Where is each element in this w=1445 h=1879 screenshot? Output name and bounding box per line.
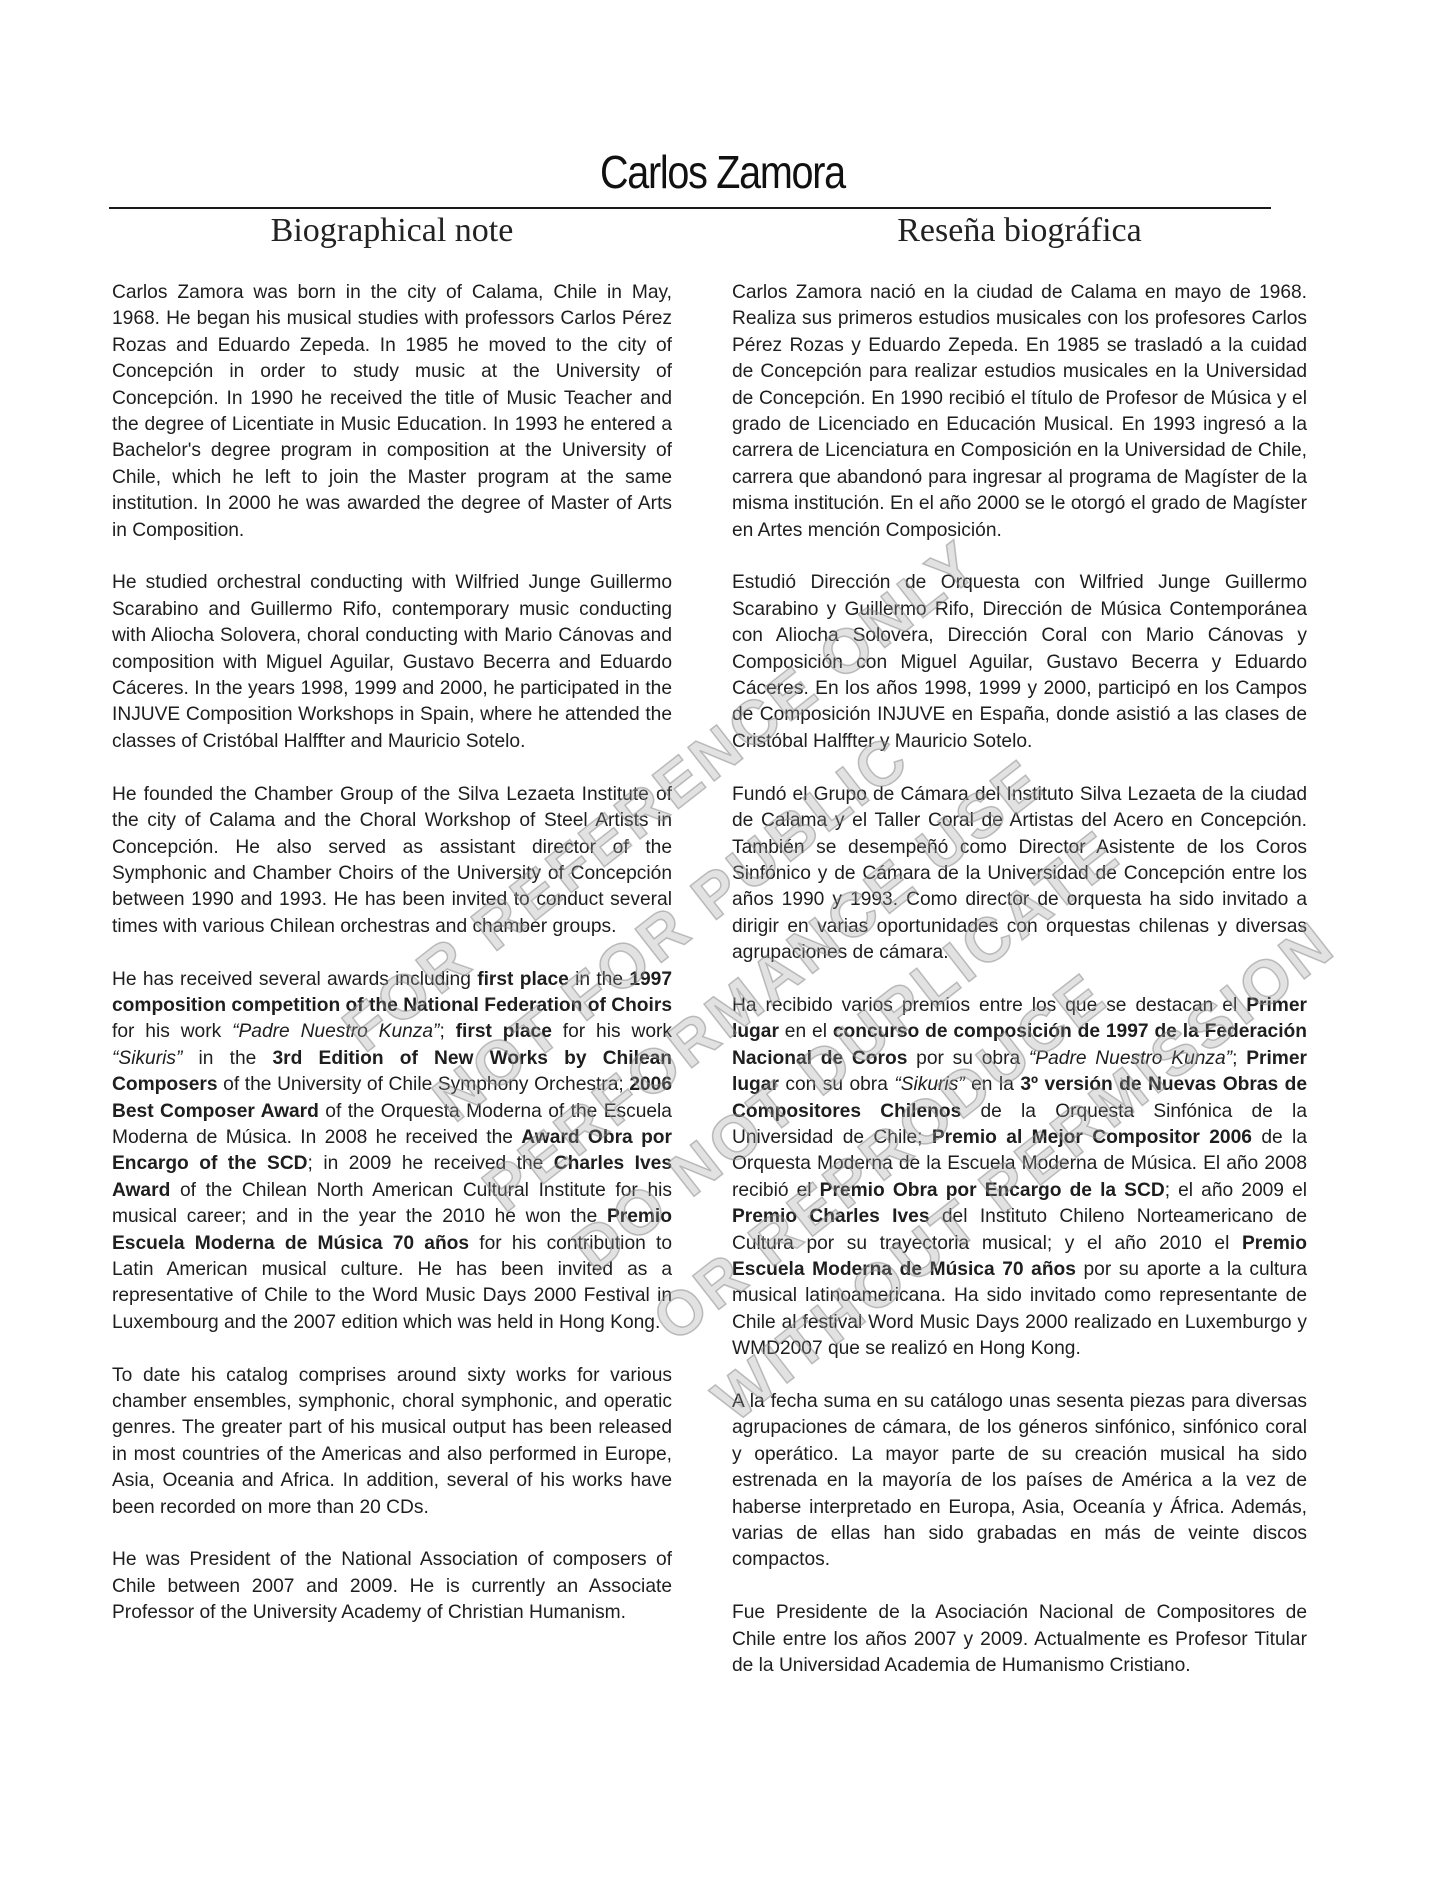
spanish-heading: Reseña biográfica <box>732 212 1307 250</box>
paragraph: A la fecha suma en su catálogo unas sese… <box>732 1389 1307 1574</box>
text-run: He studied orchestral conducting with Wi… <box>112 572 672 751</box>
italic-text: “Padre Nuestro Kunza” <box>1029 1048 1232 1069</box>
bold-text: Premio Charles Ives <box>732 1206 930 1227</box>
page-title: Carlos Zamora <box>101 145 1344 199</box>
text-run: por su obra <box>907 1048 1029 1069</box>
text-run: in the <box>569 969 630 990</box>
text-run: A la fecha suma en su catálogo unas sese… <box>732 1391 1307 1570</box>
paragraph: To date his catalog comprises around six… <box>112 1363 672 1521</box>
paragraph: Fue Presidente de la Asociación Nacional… <box>732 1600 1307 1679</box>
spanish-column: Carlos Zamora nació en la ciudad de Cala… <box>732 280 1307 1706</box>
text-run: for his work <box>552 1021 672 1042</box>
text-run: en la <box>965 1074 1021 1095</box>
text-run: Carlos Zamora nació en la ciudad de Cala… <box>732 282 1307 541</box>
italic-text: “Sikuris” <box>894 1074 964 1095</box>
text-run: en el <box>779 1021 833 1042</box>
text-run: He was President of the National Associa… <box>112 1549 672 1623</box>
paragraph: He has received several awards including… <box>112 967 672 1337</box>
text-run: Carlos Zamora was born in the city of Ca… <box>112 282 672 541</box>
bold-text: first place <box>456 1021 552 1042</box>
italic-text: “Sikuris” <box>112 1048 182 1069</box>
text-run: in the <box>182 1048 272 1069</box>
text-run: ; <box>1232 1048 1246 1069</box>
text-run: con su obra <box>779 1074 894 1095</box>
text-run: Fue Presidente de la Asociación Nacional… <box>732 1602 1307 1676</box>
paragraph: He studied orchestral conducting with Wi… <box>112 570 672 755</box>
text-run: He has received several awards including <box>112 969 477 990</box>
text-run: He founded the Chamber Group of the Silv… <box>112 784 672 937</box>
paragraph: Carlos Zamora nació en la ciudad de Cala… <box>732 280 1307 544</box>
text-run: ; el año 2009 el <box>1165 1180 1307 1201</box>
italic-text: “Padre Nuestro Kunza” <box>232 1021 439 1042</box>
text-run: To date his catalog comprises around six… <box>112 1365 672 1518</box>
english-heading: Biographical note <box>112 212 672 250</box>
text-run: of the University of Chile Symphony Orch… <box>218 1074 630 1095</box>
text-run: Ha recibido varios premios entre los que… <box>732 995 1246 1016</box>
bold-text: first place <box>477 969 569 990</box>
paragraph: Estudió Dirección de Orquesta con Wilfri… <box>732 570 1307 755</box>
paragraph: Ha recibido varios premios entre los que… <box>732 993 1307 1363</box>
paragraph: Carlos Zamora was born in the city of Ca… <box>112 280 672 544</box>
text-run: Fundó el Grupo de Cámara del Instituto S… <box>732 784 1307 963</box>
bold-text: Premio al Mejor Compositor 2006 <box>932 1127 1252 1148</box>
paragraph: He was President of the National Associa… <box>112 1547 672 1626</box>
text-run: Estudió Dirección de Orquesta con Wilfri… <box>732 572 1307 751</box>
text-run: ; in 2009 he received the <box>308 1153 554 1174</box>
paragraph: He founded the Chamber Group of the Silv… <box>112 782 672 940</box>
english-column: Carlos Zamora was born in the city of Ca… <box>112 280 672 1653</box>
title-divider <box>109 207 1271 209</box>
document-page: Carlos Zamora Biographical note Reseña b… <box>0 0 1445 1879</box>
text-run: ; <box>439 1021 455 1042</box>
text-run: for his work <box>112 1021 232 1042</box>
paragraph: Fundó el Grupo de Cámara del Instituto S… <box>732 782 1307 967</box>
text-run: of the Chilean North American Cultural I… <box>112 1180 672 1227</box>
bold-text: Premio Obra por Encargo de la SCD <box>820 1180 1165 1201</box>
